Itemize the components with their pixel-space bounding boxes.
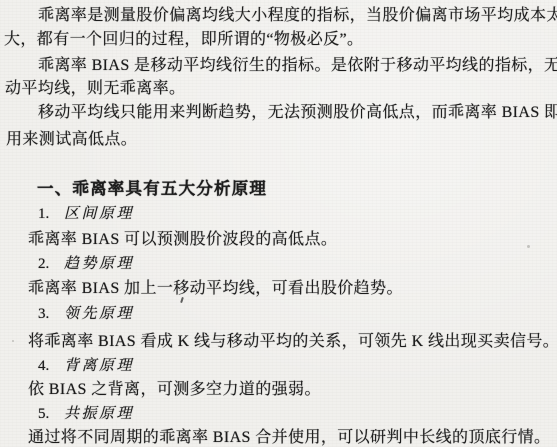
item-title: 共振原理 [64, 406, 134, 422]
item-number: 1. [38, 204, 64, 224]
item-number: 4. [38, 356, 64, 376]
scan-artifact-speck [527, 245, 530, 248]
item-title: 趋势原理 [64, 256, 134, 272]
list-item-heading: 4.背离原理 [38, 356, 134, 376]
section-heading: 一、乖离率具有五大分析原理 [37, 179, 267, 199]
paragraph-line: 用来测试高低点。 [6, 130, 137, 150]
item-number: 5. [38, 404, 64, 424]
paragraph-line: 大，都有一个回归的过程，即所谓的“物极必反”。 [4, 30, 363, 50]
list-item-heading: 1.区间原理 [38, 204, 134, 224]
list-item-heading: 2.趋势原理 [38, 254, 134, 274]
item-description: 通过将不同周期的乖离率 BIAS 合并使用，可以研判中长线的顶底行情。 [28, 428, 550, 447]
item-title: 领先原理 [64, 306, 134, 322]
scan-artifact-speck [12, 340, 14, 342]
list-item-heading: 5.共振原理 [38, 404, 134, 424]
scanned-book-page: 乖离率是测量股价偏离均线大小程度的指标，当股价偏离市场平均成本太 大，都有一个回… [0, 0, 557, 447]
item-description: 将乖离率 BIAS 看成 K 线与移动平均的关系，可领先 K 线出现买卖信号。 [28, 332, 557, 352]
item-title: 背离原理 [64, 358, 134, 374]
paragraph-line: 动平均线，则无乖离率。 [5, 79, 185, 99]
item-description: 乖离率 BIAS 加上一移动平均线，可看出股价趋势。 [28, 279, 403, 299]
paragraph-line: 乖离率是测量股价偏离均线大小程度的指标，当股价偏离市场平均成本太 [38, 6, 557, 26]
paragraph-line: 移动平均线只能用来判断趋势，无法预测股价高低点，而乖离率 BIAS 即可 [38, 103, 557, 123]
item-number: 3. [38, 304, 64, 324]
item-description: 乖离率 BIAS 可以预测股价波段的高低点。 [28, 230, 337, 250]
item-title: 区间原理 [64, 206, 134, 222]
scan-artifact-speck [180, 297, 184, 303]
item-number: 2. [38, 254, 64, 274]
item-description: 依 BIAS 之背离，可测多空力道的强弱。 [28, 380, 321, 400]
list-item-heading: 3.领先原理 [38, 304, 134, 324]
paragraph-line: 乖离率 BIAS 是移动平均线衍生的指标。是依附于移动平均线的指标，无移 [38, 56, 557, 76]
